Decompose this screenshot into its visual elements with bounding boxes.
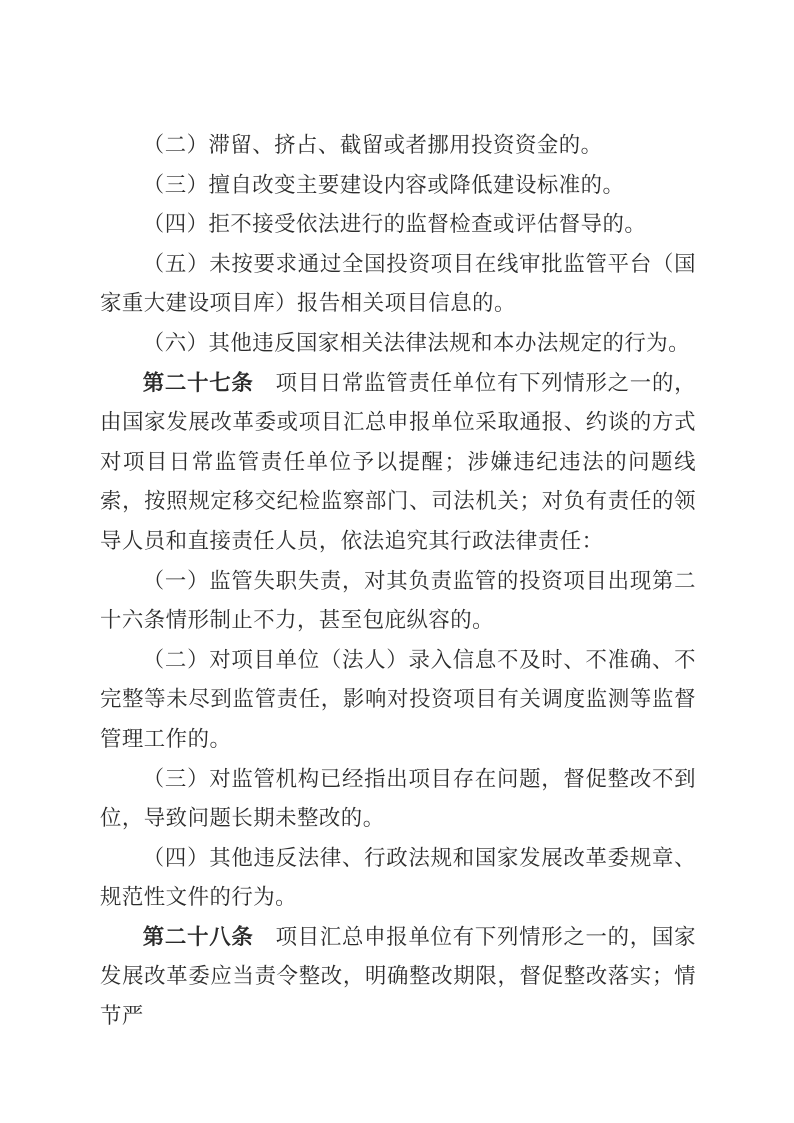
document-page: （二）滞留、挤占、截留或者挪用投资资金的。（三）擅自改变主要建设内容或降低建设标… bbox=[0, 0, 794, 1123]
text-run: （六）其他违反国家相关法律法规和本办法规定的行为。 bbox=[143, 331, 690, 355]
paragraph: （二）对项目单位（法人）录入信息不及时、不准确、不完整等未尽到监管责任，影响对投… bbox=[100, 641, 696, 760]
text-run: （四）其他违反法律、行政法规和国家发展改革委规章、规范性文件的行为。 bbox=[100, 846, 696, 910]
paragraph: （五）未按要求通过全国投资项目在线审批监管平台（国家重大建设项目库）报告相关项目… bbox=[100, 245, 696, 324]
paragraph: （六）其他违反国家相关法律法规和本办法规定的行为。 bbox=[100, 324, 696, 364]
paragraph: （四）拒不接受依法进行的监督检查或评估督导的。 bbox=[100, 205, 696, 245]
text-run: （三）擅自改变主要建设内容或降低建设标准的。 bbox=[143, 173, 625, 197]
paragraph: （四）其他违反法律、行政法规和国家发展改革委规章、规范性文件的行为。 bbox=[100, 839, 696, 918]
paragraph: （三）对监管机构已经指出项目存在问题，督促整改不到位，导致问题长期未整改的。 bbox=[100, 760, 696, 839]
article-number: 第二十八条 bbox=[143, 925, 254, 949]
text-run: （三）对监管机构已经指出项目存在问题，督促整改不到位，导致问题长期未整改的。 bbox=[100, 767, 696, 831]
paragraph: 第二十八条 项目汇总申报单位有下列情形之一的，国家发展改革委应当责令整改，明确整… bbox=[100, 918, 696, 1037]
article-number: 第二十七条 bbox=[143, 371, 254, 395]
text-run: （二）滞留、挤占、截留或者挪用投资资金的。 bbox=[143, 133, 603, 157]
text-run: （四）拒不接受依法进行的监督检查或评估督导的。 bbox=[143, 212, 647, 236]
text-run: （五）未按要求通过全国投资项目在线审批监管平台（国家重大建设项目库）报告相关项目… bbox=[100, 252, 696, 316]
paragraph: 第二十七条 项目日常监管责任单位有下列情形之一的，由国家发展改革委或项目汇总申报… bbox=[100, 364, 696, 562]
paragraph: （一）监管失职失责，对其负责监管的投资项目出现第二十六条情形制止不力，甚至包庇纵… bbox=[100, 562, 696, 641]
paragraph: （三）擅自改变主要建设内容或降低建设标准的。 bbox=[100, 166, 696, 206]
text-run: （一）监管失职失责，对其负责监管的投资项目出现第二十六条情形制止不力，甚至包庇纵… bbox=[100, 569, 696, 633]
text-run: 项目日常监管责任单位有下列情形之一的，由国家发展改革委或项目汇总申报单位采取通报… bbox=[100, 371, 696, 553]
text-run: （二）对项目单位（法人）录入信息不及时、不准确、不完整等未尽到监管责任，影响对投… bbox=[100, 648, 696, 751]
document-body: （二）滞留、挤占、截留或者挪用投资资金的。（三）擅自改变主要建设内容或降低建设标… bbox=[100, 126, 696, 1037]
paragraph: （二）滞留、挤占、截留或者挪用投资资金的。 bbox=[100, 126, 696, 166]
